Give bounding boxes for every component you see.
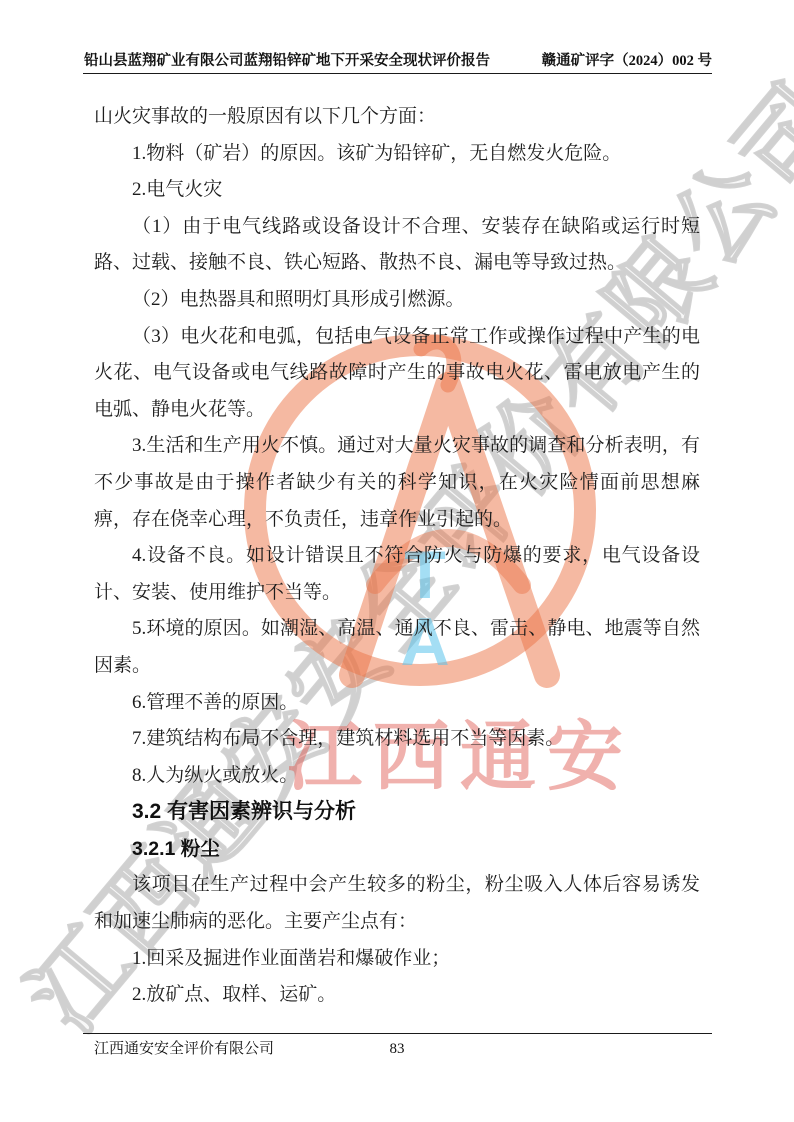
paragraph: （1）由于电气线路或设备设计不合理、安装存在缺陷或运行时短路、过载、接触不良、铁… — [94, 209, 700, 282]
paragraph: 4.设备不良。如设计错误且不符合防火与防爆的要求，电气设备设计、安装、使用维护不… — [94, 538, 700, 611]
paragraph: 5.环境的原因。如潮湿、高温、通风不良、雷击、静电、地震等自然因素。 — [94, 611, 700, 684]
paragraph: 山火灾事故的一般原因有以下几个方面： — [94, 99, 700, 136]
paragraph: 6.管理不善的原因。 — [94, 685, 700, 722]
section-heading: 3.2 有害因素辨识与分析 — [94, 794, 700, 831]
document-body: 山火灾事故的一般原因有以下几个方面：1.物料（矿岩）的原因。该矿为铅锌矿，无自燃… — [94, 99, 700, 1014]
paragraph: （2）电热器具和照明灯具形成引燃源。 — [94, 282, 700, 319]
paragraph: 8.人为纵火或放火。 — [94, 758, 700, 795]
paragraph: 2.电气火灾 — [94, 172, 700, 209]
paragraph: 1.物料（矿岩）的原因。该矿为铅锌矿，无自燃发火危险。 — [94, 136, 700, 173]
header-doc-number: 赣通矿评字（2024）002 号 — [542, 49, 712, 70]
section-heading: 3.2.1 粉尘 — [94, 831, 700, 868]
paragraph: 该项目在生产过程中会产生较多的粉尘，粉尘吸入人体后容易诱发和加速尘肺病的恶化。主… — [94, 867, 700, 940]
paragraph: 3.生活和生产用火不慎。通过对大量火灾事故的调查和分析表明，有不少事故是由于操作… — [94, 428, 700, 538]
document-page: 江西通安安全评价有限公司 T A 江西通安 铅山县蓝翔矿业有限公司蓝翔铅锌矿地下… — [0, 0, 794, 1122]
page-number: 83 — [0, 1041, 794, 1058]
header-rule — [83, 73, 712, 74]
footer-rule — [83, 1033, 712, 1034]
paragraph: 2.放矿点、取样、运矿。 — [94, 977, 700, 1014]
header-report-title: 铅山县蓝翔矿业有限公司蓝翔铅锌矿地下开采安全现状评价报告 — [84, 49, 490, 70]
paragraph: （3）电火花和电弧，包括电气设备正常工作或操作过程中产生的电火花、电气设备或电气… — [94, 319, 700, 429]
paragraph: 7.建筑结构布局不合理，建筑材料选用不当等因素。 — [94, 721, 700, 758]
page-header: 铅山县蓝翔矿业有限公司蓝翔铅锌矿地下开采安全现状评价报告 赣通矿评字（2024）… — [84, 49, 712, 70]
paragraph: 1.回采及掘进作业面凿岩和爆破作业； — [94, 941, 700, 978]
